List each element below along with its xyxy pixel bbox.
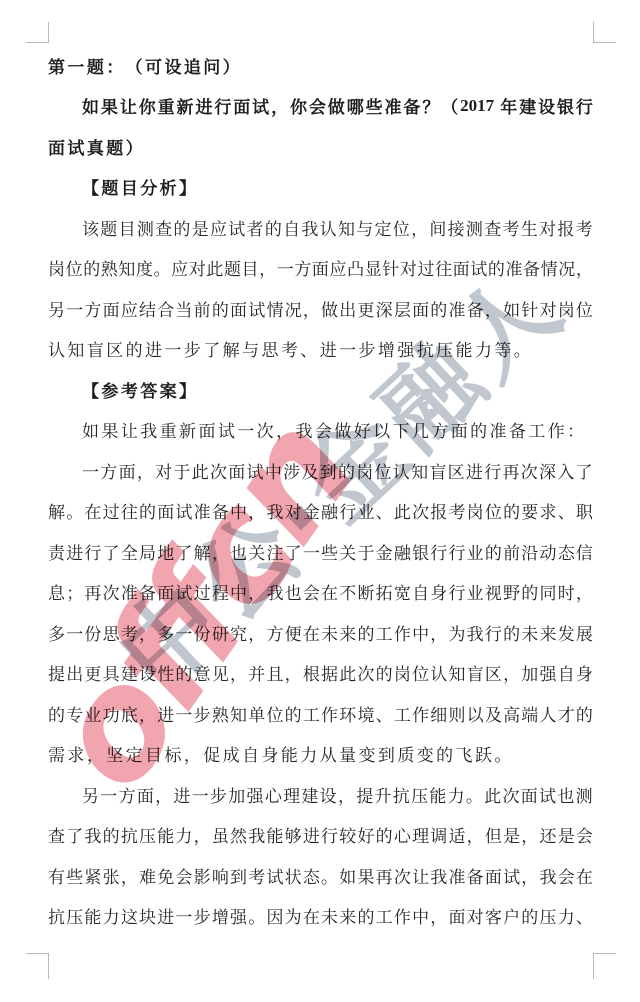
document-text-line: 一方面，对于此次面试中涉及到的岗位认知盲区进行再次深入了 <box>48 450 593 491</box>
document-text-line: 另一方面，进一步加强心理建设，提升抗压能力。此次面试也测 <box>48 774 593 815</box>
document-body: 第一题：（可设追问）如果让你重新进行面试，你会做哪些准备？（2017 年建设银行… <box>48 45 593 936</box>
document-text-line: 【参考答案】 <box>48 369 593 410</box>
document-text-line: 息；再次准备面试过程中，我也会在不断拓宽自身行业视野的同时， <box>48 572 593 613</box>
crop-mark-top-right <box>593 22 616 43</box>
crop-mark-top-left <box>26 22 49 43</box>
document-text-line: 认知盲区的进一步了解与思考、进一步增强抗压能力等。 <box>48 329 593 370</box>
document-text-line: 【题目分析】 <box>48 167 593 208</box>
crop-mark-bottom-right <box>593 953 616 979</box>
document-text-line: 第一题：（可设追问） <box>48 45 593 86</box>
crop-mark-bottom-left <box>26 953 49 979</box>
document-text-line: 该题目测查的是应试者的自我认知与定位，间接测查考生对报考 <box>48 207 593 248</box>
document-text-line: 面试真题） <box>48 126 593 167</box>
document-text-line: 抗压能力这块进一步增强。因为在未来的工作中，面对客户的压力、 <box>48 896 593 937</box>
document-text-line: 需求，坚定目标，促成自身能力从量变到质变的飞跃。 <box>48 734 593 775</box>
document-text-line: 多一份思考，多一份研究，方便在未来的工作中，为我行的未来发展 <box>48 612 593 653</box>
document-page: 第一题：（可设追问）如果让你重新进行面试，你会做哪些准备？（2017 年建设银行… <box>0 0 640 1002</box>
document-text-line: 有些紧张，难免会影响到考试状态。如果再次让我准备面试，我会在 <box>48 855 593 896</box>
document-text-line: 提出更具建设性的意见，并且，根据此次的岗位认知盲区，加强自身 <box>48 653 593 694</box>
document-text-line: 另一方面应结合当前的面试情况，做出更深层面的准备，如针对岗位 <box>48 288 593 329</box>
document-text-line: 解。在过往的面试准备中，我对金融行业、此次报考岗位的要求、职 <box>48 491 593 532</box>
document-text-line: 如果让我重新面试一次，我会做好以下几方面的准备工作： <box>48 410 593 451</box>
document-text-line: 如果让你重新进行面试，你会做哪些准备？（2017 年建设银行 <box>48 86 593 127</box>
document-text-line: 责进行了全局地了解，也关注了一些关于金融银行行业的前沿动态信 <box>48 531 593 572</box>
document-text-line: 查了我的抗压能力，虽然我能够进行较好的心理调适，但是，还是会 <box>48 815 593 856</box>
document-text-line: 的专业功底，进一步熟知单位的工作环境、工作细则以及高端人才的 <box>48 693 593 734</box>
document-text-line: 岗位的熟知度。应对此题目，一方面应凸显针对过往面试的准备情况， <box>48 248 593 289</box>
